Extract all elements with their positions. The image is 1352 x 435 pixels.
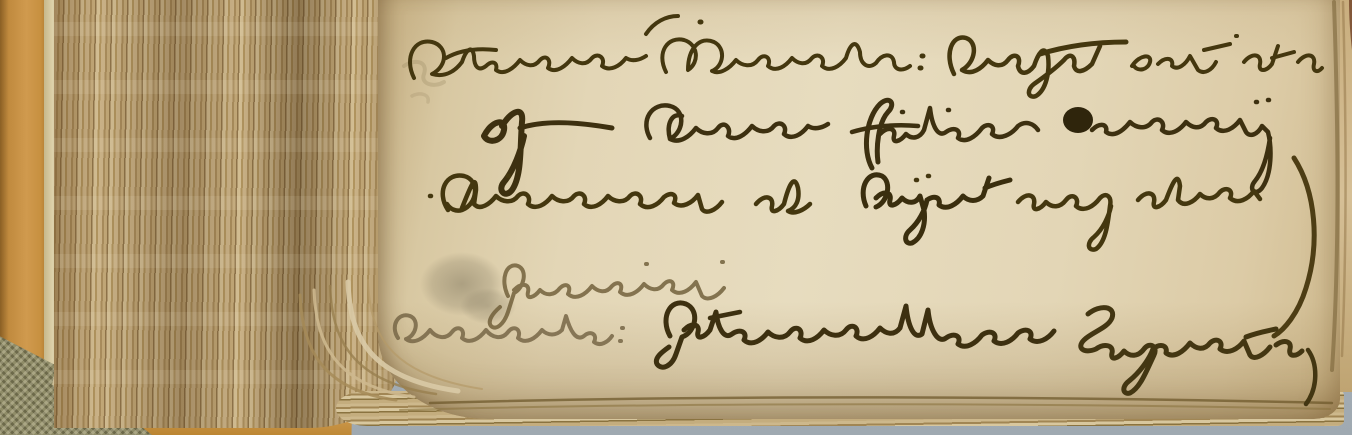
page-stack-fore-edge <box>54 0 398 428</box>
manuscript-page <box>378 0 1340 419</box>
right-page-sliver <box>1340 0 1352 392</box>
photo-open-register: Vltima Novemb: bapt est a est Anne filie… <box>0 0 1352 435</box>
